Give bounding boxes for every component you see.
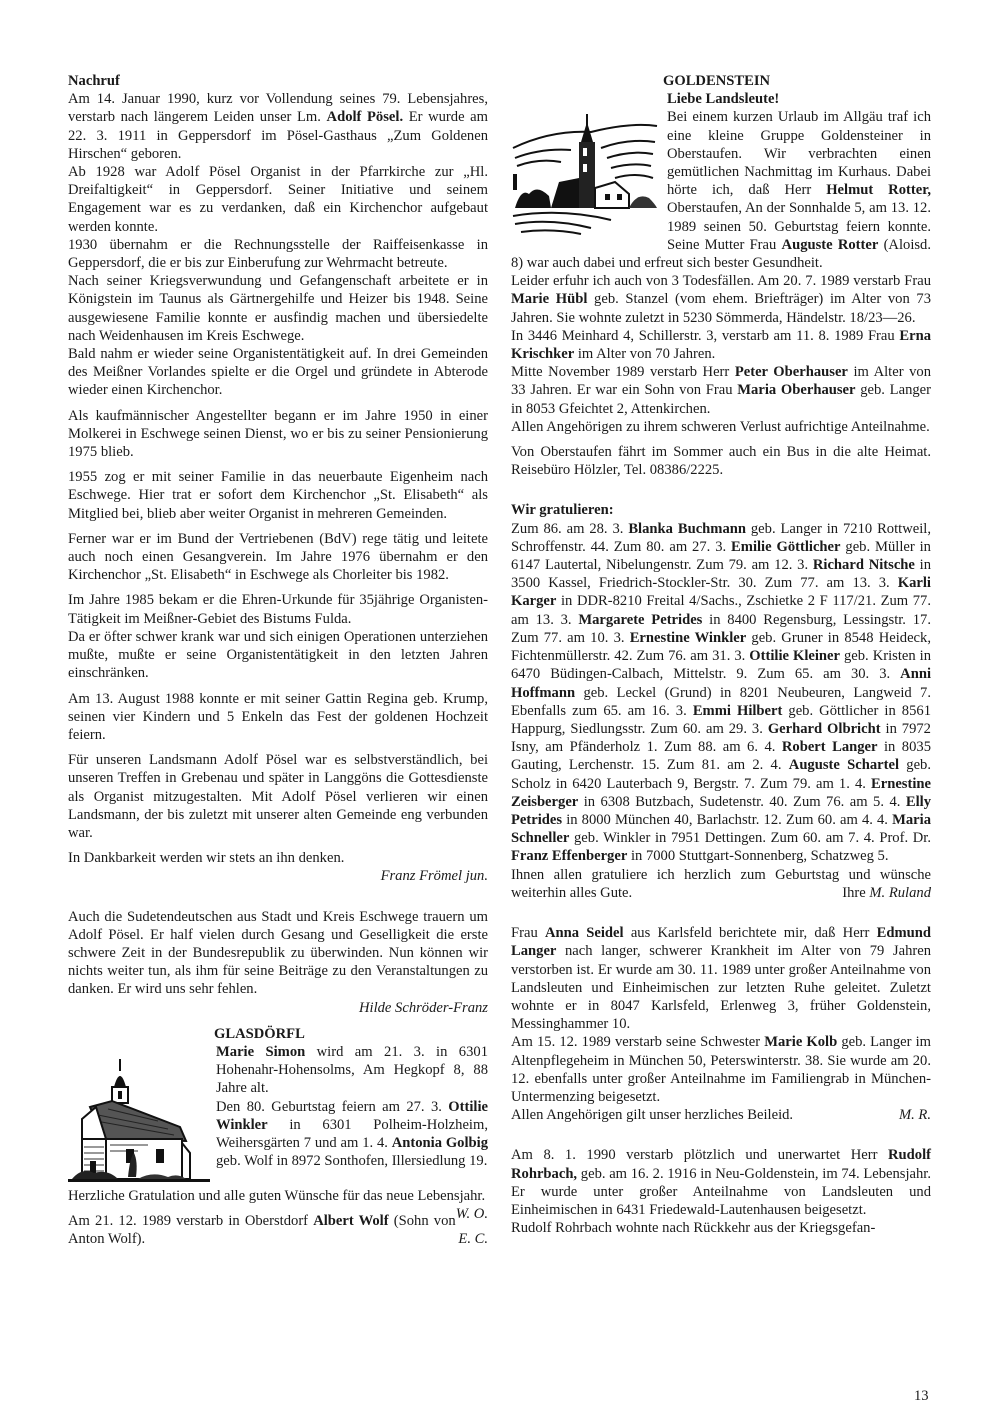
obituary-heading: Nachruf <box>68 72 488 90</box>
person-name: Marie Hübl <box>511 291 587 307</box>
person-name: Ottilie Kleiner <box>749 648 840 664</box>
goldenstein-paragraph: Leider erfuhr ich auch von 3 Todesfällen… <box>511 272 931 327</box>
person-name: Maria Oberhauser <box>737 382 855 398</box>
person-name: Marie Kolb <box>764 1034 837 1050</box>
person-name: Helmut Rotter, <box>826 182 931 198</box>
signature: E. C. <box>458 1230 488 1248</box>
congratulation-text: in 8000 München 40, Barlachstr. 12. Zum … <box>562 812 892 828</box>
obituary-poesel: Nachruf Am 14. Januar 1990, kurz vor Vol… <box>68 72 488 886</box>
glasdoerfl-title: GLASDÖRFL <box>68 1025 488 1043</box>
continued-paragraph: Rudolf Rohrbach wohnte nach Rückkehr aus… <box>511 1219 931 1237</box>
sudeten-note-signature: Hilde Schröder-Franz <box>68 999 488 1017</box>
person-name: Robert Langer <box>782 739 878 755</box>
person-name: Marie Simon <box>216 1044 305 1060</box>
person-name: Peter Oberhauser <box>735 364 848 380</box>
obituary-paragraph: Für unseren Landsmann Adolf Pösel war es… <box>68 751 488 842</box>
person-name: Gerhard Olbricht <box>768 721 881 737</box>
obituary-paragraph: Am 13. August 1988 konnte er mit seiner … <box>68 690 488 745</box>
chapel-illustration <box>68 1057 210 1187</box>
death-notice: Am 15. 12. 1989 verstarb seine Schwester… <box>511 1033 931 1106</box>
obituary-paragraph: Nach seiner Kriegsverwundung und Gefange… <box>68 272 488 345</box>
congratulation-text: geb. Winkler in 7951 Dettingen. Zum 60. … <box>569 830 931 846</box>
congratulation-text: Zum 86. am 28. 3. <box>511 521 628 537</box>
obituary-paragraph: Bald nahm er wieder seine Organistentäti… <box>68 345 488 400</box>
death-notice: Am 21. 12. 1989 verstarb in Oberstdorf A… <box>68 1212 488 1248</box>
obituary-paragraph: Da er öfter schwer krank war und sich ei… <box>68 628 488 683</box>
person-name: Margarete Petrides <box>578 612 702 628</box>
death-notice: Am 8. 1. 1990 verstarb plötzlich und une… <box>511 1146 931 1219</box>
person-name: Antonia Golbig <box>392 1135 488 1151</box>
person-name: Auguste Rotter <box>782 237 879 253</box>
langer-report: Frau Anna Seidel aus Karlsfeld berichtet… <box>511 924 931 1124</box>
death-notice: Frau Anna Seidel aus Karlsfeld berichtet… <box>511 924 931 1033</box>
right-column: GOLDENSTEIN <box>511 72 931 1237</box>
glasdoerfl-section: GLASDÖRFL <box>68 1025 488 1249</box>
obituary-paragraph: 1955 zog er mit seiner Familie in das ne… <box>68 468 488 523</box>
bus-notice: Von Oberstaufen fährt im Sommer auch ein… <box>511 443 931 479</box>
obituary-signature: Franz Frömel jun. <box>68 867 488 885</box>
person-name: Emilie Göttlicher <box>731 539 840 555</box>
person-name: Adolf Pösel. <box>327 109 404 125</box>
person-name: Auguste Schartel <box>789 757 899 773</box>
congratulations-heading: Wir gratulieren: <box>511 501 931 519</box>
person-name: Blanka Buchmann <box>628 521 746 537</box>
congratulations-list: Zum 86. am 28. 3. Blanka Buchmann geb. L… <box>511 520 931 866</box>
sudeten-note: Auch die Sudetendeutschen aus Stadt und … <box>68 908 488 1017</box>
goldenstein-section: GOLDENSTEIN <box>511 72 931 479</box>
obituary-paragraph: Im Jahre 1985 bekam er die Ehren-Urkunde… <box>68 591 488 627</box>
congratulations-section: Wir gratulieren: Zum 86. am 28. 3. Blank… <box>511 501 931 902</box>
person-name: Emmi Hilbert <box>693 703 783 719</box>
obituary-paragraph: Als kaufmännischer Angestellter begann e… <box>68 407 488 462</box>
person-name: Anna Seidel <box>545 925 624 941</box>
rohrbach-notice: Am 8. 1. 1990 verstarb plötzlich und une… <box>511 1146 931 1237</box>
person-name: Albert Wolf <box>313 1213 388 1229</box>
goldenstein-paragraph: Allen Angehörigen zu ihrem schweren Verl… <box>511 418 931 436</box>
obituary-paragraph: Am 14. Januar 1990, kurz vor Vollendung … <box>68 90 488 163</box>
condolence-line: Allen Angehörigen gilt unser herzliches … <box>511 1106 931 1124</box>
signature: M. R. <box>899 1106 931 1124</box>
page-number: 13 <box>914 1388 929 1405</box>
obituary-paragraph: In Dankbarkeit werden wir stets an ihn d… <box>68 849 488 867</box>
obituary-paragraph: 1930 übernahm er die Rechnungsstelle der… <box>68 236 488 272</box>
congratulation-text: Herzliche Gratulation und alle guten Wün… <box>68 1187 488 1205</box>
goldenstein-title: GOLDENSTEIN <box>511 72 931 90</box>
person-name: Franz Effenberger <box>511 848 627 864</box>
obituary-paragraph: Ab 1928 war Adolf Pösel Organist in der … <box>68 163 488 236</box>
congratulation-text: in 6308 Butzbach, Sudetenstr. 40. Zum 76… <box>578 794 906 810</box>
person-name: Ernestine Winkler <box>630 630 747 646</box>
sudeten-note-text: Auch die Sudetendeutschen aus Stadt und … <box>68 908 488 999</box>
left-column: Nachruf Am 14. Januar 1990, kurz vor Vol… <box>68 72 488 1249</box>
signature: W. O. <box>456 1205 488 1223</box>
congratulation-text: in 7000 Stuttgart-Sonnenberg, Schatzweg … <box>627 848 888 864</box>
obituary-paragraph: Ferner war er im Bund der Vertriebenen (… <box>68 530 488 585</box>
goldenstein-paragraph: In 3446 Meinhard 4, Schillerstr. 3, vers… <box>511 327 931 363</box>
person-name: Richard Nitsche <box>813 557 915 573</box>
goldenstein-paragraph: Mitte November 1989 verstarb Herr Peter … <box>511 363 931 418</box>
greeting: Liebe Landsleute! <box>511 90 931 108</box>
town-church-illustration <box>511 108 659 236</box>
